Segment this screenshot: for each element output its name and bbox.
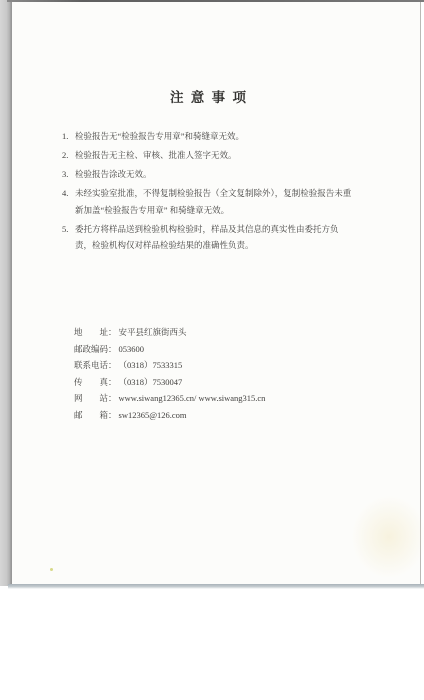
contact-label: 网 站： bbox=[74, 390, 117, 407]
contact-value: sw12365@126.com bbox=[119, 407, 187, 424]
contact-row: 邮政编码： 053600 bbox=[74, 341, 354, 358]
contact-row: 传 真： （0318）7530047 bbox=[74, 374, 354, 391]
page-title: 注 意 事 项 bbox=[62, 86, 354, 106]
note-number: 4. bbox=[62, 185, 75, 218]
contact-block: 地 址： 安平县红旗街西头 邮政编码： 053600 联系电话： （0318）7… bbox=[74, 324, 354, 424]
contact-label: 联系电话： bbox=[74, 357, 117, 374]
page-top-edge bbox=[7, 0, 424, 2]
contact-row: 联系电话： （0318）7533315 bbox=[74, 357, 354, 374]
note-number: 5. bbox=[62, 221, 75, 254]
note-text: 未经实验室批准，不得复制检验报告（全文复制除外），复制检验报告未重新加盖“检验报… bbox=[75, 185, 354, 218]
note-text: 检验报告无“检验报告专用章”和骑缝章无效。 bbox=[75, 128, 354, 145]
contact-value: www.siwang12365.cn/ www.siwang315.cn bbox=[119, 390, 266, 407]
contact-value: （0318）7530047 bbox=[119, 374, 183, 391]
paper-sheet: 注 意 事 项 1. 检验报告无“检验报告专用章”和骑缝章无效。 2. 检验报告… bbox=[12, 2, 421, 584]
note-number: 3. bbox=[62, 166, 75, 183]
note-item: 1. 检验报告无“检验报告专用章”和骑缝章无效。 bbox=[62, 128, 354, 145]
paper-speck bbox=[50, 568, 53, 571]
scanner-edge-strip bbox=[0, 0, 12, 586]
note-text: 委托方将样品送到检验机构检验时，样品及其信息的真实性由委托方负责，检验机构仅对样… bbox=[75, 221, 354, 254]
contact-label: 邮政编码： bbox=[74, 341, 117, 358]
note-item: 3. 检验报告涂改无效。 bbox=[62, 166, 354, 183]
contact-label: 地 址： bbox=[74, 324, 117, 341]
scanned-document: 注 意 事 项 1. 检验报告无“检验报告专用章”和骑缝章无效。 2. 检验报告… bbox=[0, 0, 424, 700]
contact-label: 邮 箱： bbox=[74, 407, 117, 424]
contact-row: 地 址： 安平县红旗街西头 bbox=[74, 324, 354, 341]
note-item: 4. 未经实验室批准，不得复制检验报告（全文复制除外），复制检验报告未重新加盖“… bbox=[62, 185, 354, 218]
note-number: 2. bbox=[62, 147, 75, 164]
contact-value: （0318）7533315 bbox=[119, 357, 183, 374]
contact-value: 053600 bbox=[119, 341, 145, 358]
contact-row: 邮 箱： sw12365@126.com bbox=[74, 407, 354, 424]
contact-row: 网 站： www.siwang12365.cn/ www.siwang315.c… bbox=[74, 390, 354, 407]
note-item: 5. 委托方将样品送到检验机构检验时，样品及其信息的真实性由委托方负责，检验机构… bbox=[62, 221, 354, 254]
paper-stain bbox=[350, 494, 424, 580]
note-text: 检验报告无主检、审核、批准人签字无效。 bbox=[75, 147, 354, 164]
notes-list: 1. 检验报告无“检验报告专用章”和骑缝章无效。 2. 检验报告无主检、审核、批… bbox=[62, 128, 354, 256]
note-text: 检验报告涂改无效。 bbox=[75, 166, 354, 183]
note-number: 1. bbox=[62, 128, 75, 145]
contact-value: 安平县红旗街西头 bbox=[119, 324, 187, 341]
note-item: 2. 检验报告无主检、审核、批准人签字无效。 bbox=[62, 147, 354, 164]
page-bottom-shadow bbox=[8, 584, 424, 589]
contact-label: 传 真： bbox=[74, 374, 117, 391]
